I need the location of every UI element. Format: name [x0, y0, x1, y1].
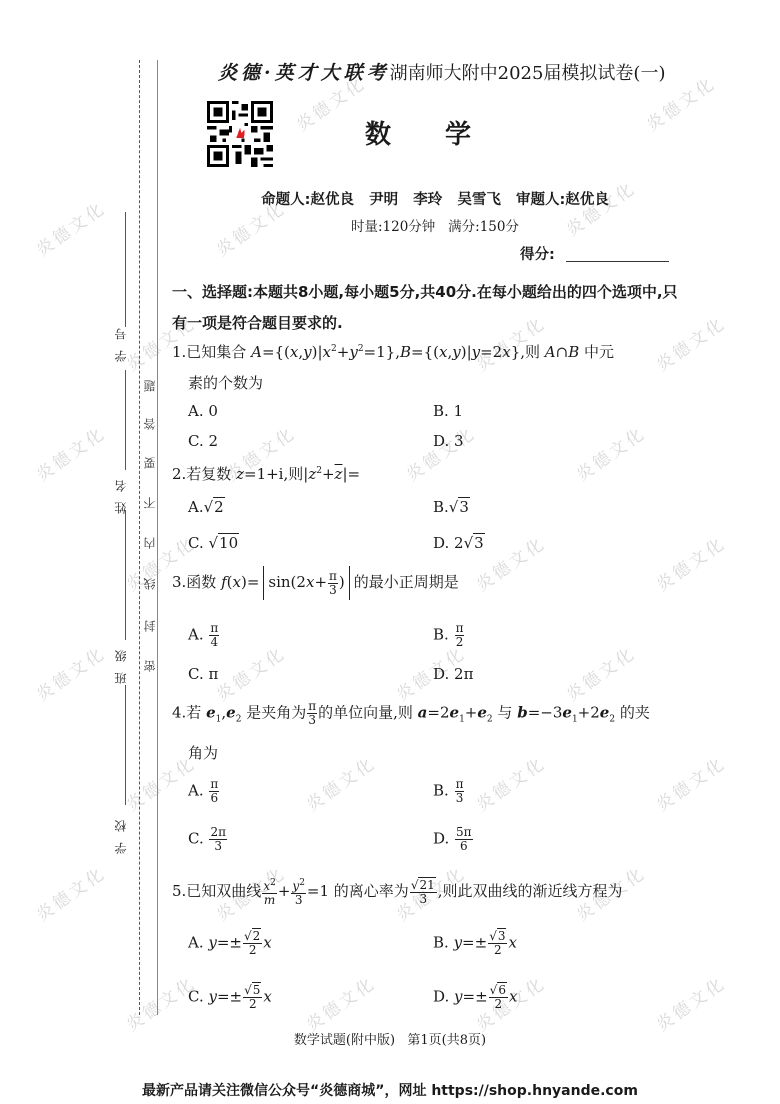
seal-char: 题	[141, 380, 158, 392]
seal-char: 线	[141, 578, 158, 590]
score-field[interactable]	[566, 261, 669, 262]
option-4D[interactable]: D. 5π6	[433, 826, 474, 853]
score-label: 得分:	[520, 243, 555, 264]
promo-notice: 最新产品请关注微信公众号“炎德商城”，网址 https://shop.hnyan…	[0, 1080, 780, 1100]
section-heading: 一、选择题:本题共8小题,每小题5分,共40分.在每小题给出的四个选项中,只有一…	[172, 277, 682, 339]
seal-char: 内	[141, 537, 158, 549]
field-label-student-id: 学号	[112, 318, 129, 362]
question-4-stem-cont: 角为	[188, 742, 218, 763]
watermark: 炎德文化	[650, 969, 730, 1035]
qr-code-icon	[207, 101, 273, 167]
watermark: 炎德文化	[30, 639, 110, 705]
authors-line: 命题人:赵优良 尹明 李玲 吴雪飞 审题人:赵优良	[0, 188, 780, 209]
question-3-stem: 3.函数 f(x)=sin(2x+π3)的最小正周期是	[172, 566, 459, 600]
option-1B[interactable]: B. 1	[433, 402, 463, 420]
brand-name: 炎德·英才大联考	[218, 62, 390, 84]
watermark: 炎德文化	[470, 749, 550, 815]
seal-char: 不	[141, 497, 158, 509]
option-3B[interactable]: B. π2	[433, 622, 465, 649]
option-2A[interactable]: A.√2	[188, 498, 225, 516]
option-5A[interactable]: A. y=±√22x	[188, 930, 272, 957]
option-5D[interactable]: D. y=±√62x	[433, 984, 517, 1011]
option-3D[interactable]: D. 2π	[433, 665, 473, 683]
question-5-stem: 5.已知双曲线x2m+y23=1 的离心率为√213,则此双曲线的渐近线方程为	[172, 877, 623, 907]
field-label-school: 学校	[112, 810, 129, 854]
watermark: 炎德文化	[650, 749, 730, 815]
field-line-name-top	[125, 370, 126, 470]
watermark: 炎德文化	[30, 419, 110, 485]
watermark: 炎德文化	[570, 419, 650, 485]
seal-char: 要	[141, 457, 158, 469]
watermark: 炎德文化	[560, 639, 640, 705]
question-2-stem: 2.若复数 z=1+i,则|z2+z|=	[172, 463, 360, 484]
seal-char: 密	[141, 660, 158, 672]
option-2D[interactable]: D. 2√3	[433, 534, 485, 552]
field-line-school	[125, 685, 126, 805]
exam-header: 炎德·英才大联考湖南师大附中2025届模拟试卷(一)	[218, 58, 665, 85]
option-2C[interactable]: C. √10	[188, 534, 239, 552]
field-label-class: 班级	[112, 640, 129, 684]
option-5B[interactable]: B. y=±√32x	[433, 930, 517, 957]
watermark: 炎德文化	[650, 529, 730, 595]
watermark: 炎德文化	[300, 749, 380, 815]
option-1C[interactable]: C. 2	[188, 432, 218, 450]
seal-char: 答	[141, 418, 158, 430]
option-4A[interactable]: A. π6	[188, 778, 220, 805]
question-1-stem-cont: 素的个数为	[188, 372, 263, 393]
subject-title: 数学	[365, 114, 525, 151]
question-1-stem: 1.已知集合 A={(x,y)|x2+y2=1},B={(x,y)|y=2x},…	[172, 341, 614, 362]
watermark: 炎德文化	[400, 419, 480, 485]
exam-title: 湖南师大附中2025届模拟试卷(一)	[390, 63, 666, 84]
option-3C[interactable]: C. π	[188, 665, 218, 683]
option-3A[interactable]: A. π4	[188, 622, 220, 649]
question-4-stem: 4.若 e1,e2 是夹角为π3的单位向量,则 a=2e1+e2 与 b=−3e…	[172, 700, 650, 727]
option-1D[interactable]: D. 3	[433, 432, 464, 450]
seal-char: 封	[141, 620, 158, 632]
exam-meta: 时量:120分钟 满分:150分	[0, 215, 780, 235]
option-4B[interactable]: B. π3	[433, 778, 465, 805]
option-2B[interactable]: B.√3	[433, 498, 470, 516]
option-5C[interactable]: C. y=±√52x	[188, 984, 272, 1011]
option-1A[interactable]: A. 0	[188, 402, 218, 420]
field-label-name: 姓名	[112, 470, 129, 514]
watermark: 炎德文化	[300, 969, 380, 1035]
watermark: 炎德文化	[30, 859, 110, 925]
field-line-class	[125, 510, 126, 640]
option-4C[interactable]: C. 2π3	[188, 826, 228, 853]
page-footer: 数学试题(附中版) 第1页(共8页)	[0, 1029, 780, 1048]
watermark: 炎德文化	[210, 639, 290, 705]
